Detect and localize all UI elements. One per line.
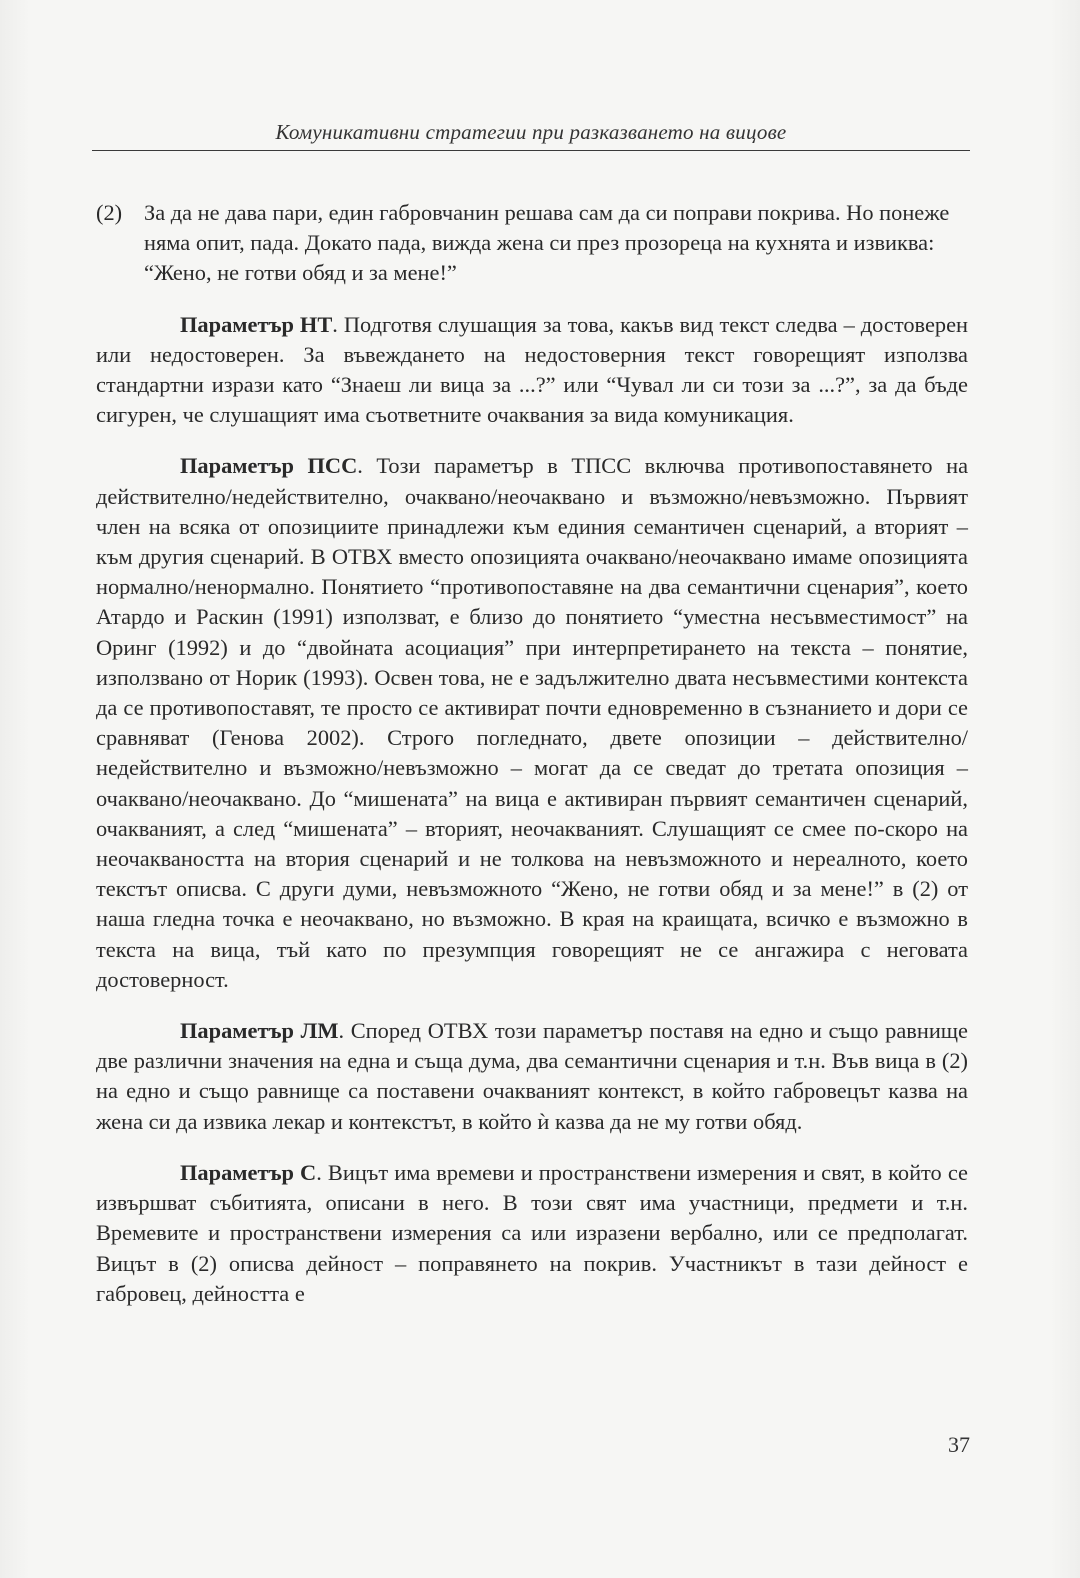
header-rule [92, 150, 970, 151]
paragraph-s: Параметър С. Вицът има времеви и простра… [96, 1158, 968, 1309]
paragraph-lead: Параметър ПСС [180, 453, 357, 478]
page-body: (2) За да не дава пари, един габровчанин… [96, 198, 968, 1309]
spacer [96, 430, 968, 451]
example-number: (2) [96, 198, 144, 289]
paragraph-pss: Параметър ПСС. Този параметър в ТПСС вкл… [96, 451, 968, 995]
paragraph-lead: Параметър ЛМ [180, 1018, 338, 1043]
page-number: 37 [948, 1432, 970, 1458]
spacer [96, 289, 968, 310]
example-2: (2) За да не дава пари, един габровчанин… [96, 198, 968, 289]
paragraph-lead: Параметър НТ [180, 312, 332, 337]
example-text: За да не дава пари, един габровчанин реш… [144, 198, 968, 289]
paragraph-lm: Параметър ЛМ. Според ОТВХ този параметър… [96, 1016, 968, 1137]
spacer [96, 995, 968, 1016]
paragraph-text: . Този параметър в ТПСС включва противоп… [96, 453, 968, 991]
running-head: Комуникативни стратегии при разказването… [92, 120, 970, 145]
paragraph-lead: Параметър С [180, 1160, 316, 1185]
book-page: Комуникативни стратегии при разказването… [0, 0, 1080, 1578]
spacer [96, 1137, 968, 1158]
paragraph-nt: Параметър НТ. Подготвя слушащия за това,… [96, 310, 968, 431]
